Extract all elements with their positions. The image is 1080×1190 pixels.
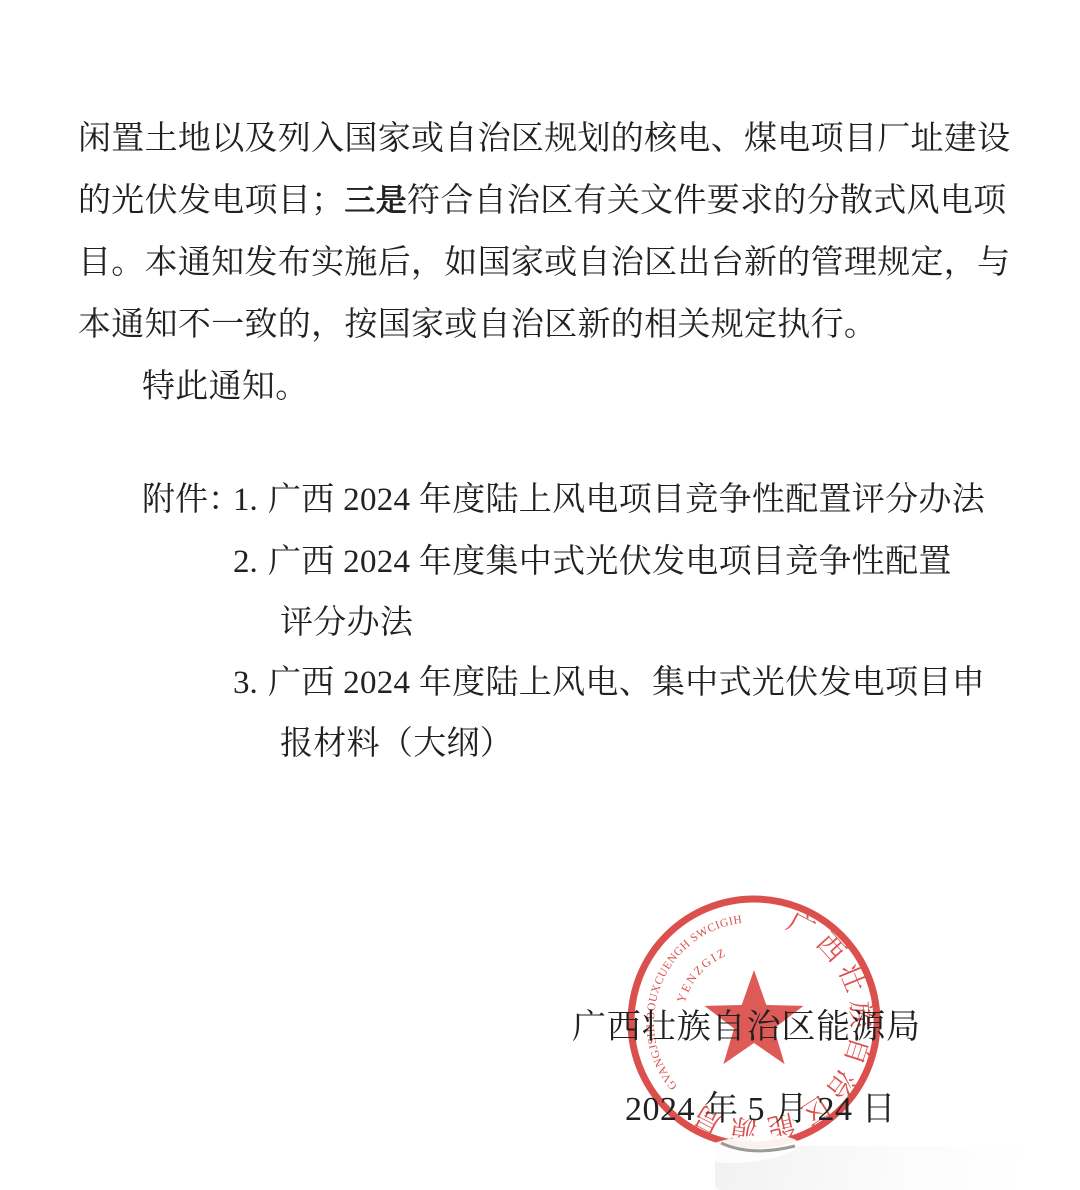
attachment-2-title: 广西 2024 年度集中式光伏发电项目竞争性配置	[268, 543, 952, 582]
body-line-2: 的光伏发电项目；三是符合自治区有关文件要求的分散式风电项	[78, 182, 1006, 221]
body-line-1: 闲置土地以及列入国家或自治区规划的核电、煤电项目厂址建设	[78, 120, 1010, 159]
body-line-4: 本通知不一致的，按国家或自治区新的相关规定执行。	[78, 306, 877, 345]
attachment-2-title-cont: 评分办法	[280, 604, 413, 643]
issuer-name: 广西壮族自治区能源局	[572, 999, 921, 1048]
attachment-2-number: 2.	[233, 543, 258, 582]
attachment-3-title: 广西 2024 年度陆上风电、集中式光伏发电项目申	[268, 664, 985, 703]
attachment-1-number: 1.	[233, 481, 258, 520]
body-line-2-pre: 的光伏发电项目；	[78, 183, 344, 219]
attachment-3-title-cont: 报材料（大纲）	[280, 725, 513, 764]
document-page: GVANGJSIH BOUXCUENGH SWCIGIH YENZGIZ 广西壮…	[0, 0, 1080, 1190]
attachments-label: 附件：	[142, 481, 241, 520]
closing-line: 特此通知。	[142, 368, 309, 407]
issue-date: 2024 年 5 月 24 日	[625, 1081, 896, 1130]
attachment-1-title: 广西 2024 年度陆上风电项目竞争性配置评分办法	[268, 481, 985, 520]
body-line-3: 目。本通知发布实施后，如国家或自治区出台新的管理规定，与	[78, 244, 1010, 283]
body-line-2-post: 符合自治区有关文件要求的分散式风电项	[407, 183, 1006, 219]
attachment-3-number: 3.	[233, 664, 258, 703]
body-line-2-bold: 三是	[344, 183, 407, 219]
